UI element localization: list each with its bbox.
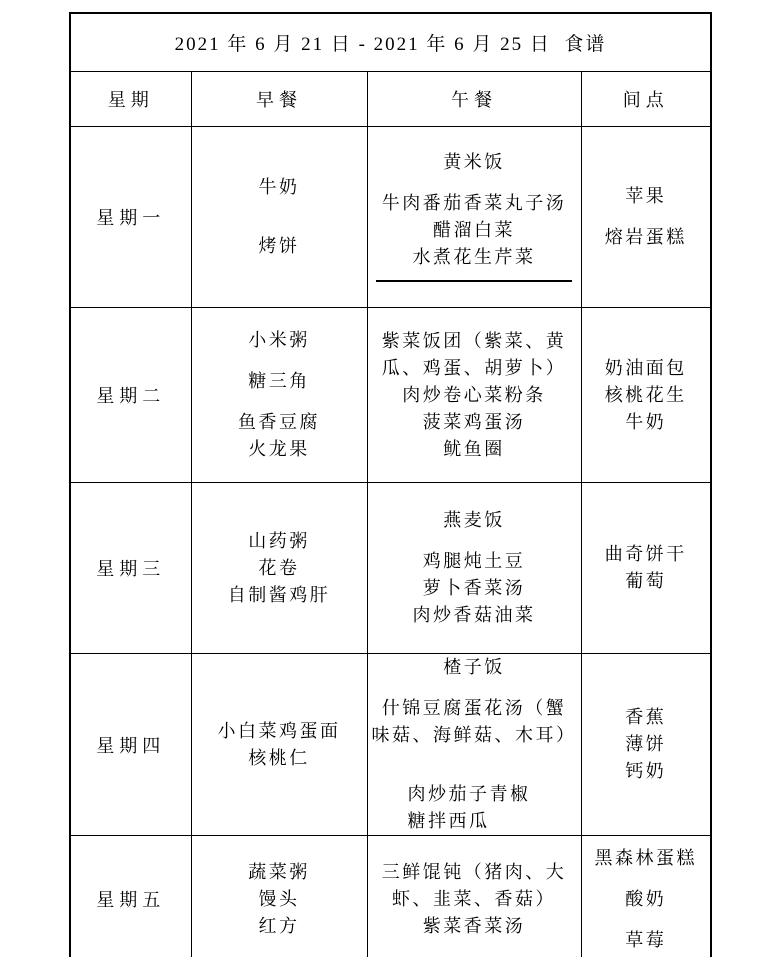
menu-document: 2021 年 6 月 21 日 - 2021 年 6 月 25 日 食谱 星期 … <box>0 0 772 957</box>
menu-item: 糖三角 <box>192 368 367 395</box>
breakfast-cell: 山药粥花卷自制酱鸡肝 <box>191 483 367 654</box>
menu-item: 钙奶 <box>582 758 711 785</box>
menu-item: 牛奶 <box>582 409 711 436</box>
menu-item: 葡萄 <box>582 568 711 595</box>
menu-item: 楂子饭 <box>368 654 581 681</box>
menu-item: 水煮花生芹菜 <box>368 244 581 271</box>
day-cell: 星期一 <box>70 127 191 308</box>
breakfast-cell: 蔬菜粥馒头红方 <box>191 836 367 957</box>
menu-item: 虾、韭菜、香菇） <box>368 886 581 913</box>
lunch-cell: 燕麦饭鸡腿炖土豆萝卜香菜汤肉炒香菇油菜 <box>367 483 581 654</box>
column-header-row: 星期 早餐 午餐 间点 <box>70 72 711 127</box>
snack-cell: 苹果熔岩蛋糕 <box>581 127 711 308</box>
underline-rule <box>376 271 572 282</box>
snack-cell: 曲奇饼干葡萄 <box>581 483 711 654</box>
column-header-day: 星期 <box>70 72 191 127</box>
menu-item: 鱿鱼圈 <box>368 436 581 463</box>
menu-item: 火龙果 <box>192 436 367 463</box>
menu-item: 烤饼 <box>192 233 367 260</box>
lunch-cell: 紫菜饭团（紫菜、黄瓜、鸡蛋、胡萝卜）肉炒卷心菜粉条菠菜鸡蛋汤鱿鱼圈 <box>367 308 581 483</box>
menu-item: 三鲜馄钝（猪肉、大 <box>368 859 581 886</box>
column-header-lunch: 午餐 <box>367 72 581 127</box>
snack-cell: 香蕉薄饼钙奶 <box>581 654 711 836</box>
menu-item: 牛奶 <box>192 174 367 201</box>
menu-table: 2021 年 6 月 21 日 - 2021 年 6 月 25 日 食谱 星期 … <box>69 12 712 957</box>
menu-item: 肉炒卷心菜粉条 <box>368 382 581 409</box>
table-row: 星期三山药粥花卷自制酱鸡肝燕麦饭鸡腿炖土豆萝卜香菜汤肉炒香菇油菜曲奇饼干葡萄 <box>70 483 711 654</box>
menu-item: 自制酱鸡肝 <box>192 582 367 609</box>
menu-item: 肉炒香菇油菜 <box>368 602 581 629</box>
day-cell: 星期二 <box>70 308 191 483</box>
menu-item: 什锦豆腐蛋花汤（蟹 <box>368 695 581 722</box>
menu-item: 紫菜香菜汤 <box>368 913 581 940</box>
snack-cell: 奶油面包核桃花生牛奶 <box>581 308 711 483</box>
breakfast-cell: 小白菜鸡蛋面核桃仁 <box>191 654 367 836</box>
menu-item: 酸奶 <box>582 886 711 913</box>
menu-item: 萝卜香菜汤 <box>368 575 581 602</box>
table-row: 星期一牛奶烤饼黄米饭牛肉番茄香菜丸子汤醋溜白菜水煮花生芹菜苹果熔岩蛋糕 <box>70 127 711 308</box>
menu-item: 糖拌西瓜 <box>368 808 581 835</box>
menu-item: 鱼香豆腐 <box>192 409 367 436</box>
menu-item: 鸡腿炖土豆 <box>368 548 581 575</box>
menu-item: 核桃仁 <box>192 745 367 772</box>
menu-item: 味菇、海鲜菇、木耳） <box>368 722 581 749</box>
menu-item: 馒头 <box>192 886 367 913</box>
table-row: 星期四小白菜鸡蛋面核桃仁楂子饭什锦豆腐蛋花汤（蟹味菇、海鲜菇、木耳）肉炒茄子青椒… <box>70 654 711 836</box>
menu-item: 黄米饭 <box>368 149 581 176</box>
menu-item: 小米粥 <box>192 327 367 354</box>
menu-item: 醋溜白菜 <box>368 217 581 244</box>
menu-item: 核桃花生 <box>582 382 711 409</box>
menu-item: 香蕉 <box>582 704 711 731</box>
menu-item: 熔岩蛋糕 <box>582 224 711 251</box>
day-cell: 星期三 <box>70 483 191 654</box>
lunch-cell: 楂子饭什锦豆腐蛋花汤（蟹味菇、海鲜菇、木耳）肉炒茄子青椒糖拌西瓜 <box>367 654 581 836</box>
breakfast-cell: 小米粥糖三角鱼香豆腐火龙果 <box>191 308 367 483</box>
day-cell: 星期四 <box>70 654 191 836</box>
title-row: 2021 年 6 月 21 日 - 2021 年 6 月 25 日 食谱 <box>70 13 711 72</box>
menu-item: 牛肉番茄香菜丸子汤 <box>368 190 581 217</box>
menu-item: 肉炒茄子青椒 <box>368 781 581 808</box>
document-title: 2021 年 6 月 21 日 - 2021 年 6 月 25 日 食谱 <box>70 13 711 72</box>
menu-item: 菠菜鸡蛋汤 <box>368 409 581 436</box>
menu-item: 苹果 <box>582 183 711 210</box>
table-row: 星期二小米粥糖三角鱼香豆腐火龙果紫菜饭团（紫菜、黄瓜、鸡蛋、胡萝卜）肉炒卷心菜粉… <box>70 308 711 483</box>
snack-cell: 黑森林蛋糕酸奶草莓 <box>581 836 711 957</box>
menu-item: 紫菜饭团（紫菜、黄 <box>368 328 581 355</box>
menu-table-body: 星期一牛奶烤饼黄米饭牛肉番茄香菜丸子汤醋溜白菜水煮花生芹菜苹果熔岩蛋糕星期二小米… <box>70 127 711 957</box>
menu-item: 奶油面包 <box>582 355 711 382</box>
column-header-snack: 间点 <box>581 72 711 127</box>
menu-item: 红方 <box>192 913 367 940</box>
menu-item: 曲奇饼干 <box>582 541 711 568</box>
menu-item: 草莓 <box>582 927 711 954</box>
menu-item: 花卷 <box>192 555 367 582</box>
breakfast-cell: 牛奶烤饼 <box>191 127 367 308</box>
menu-item: 黑森林蛋糕 <box>582 845 711 872</box>
day-cell: 星期五 <box>70 836 191 957</box>
column-header-breakfast: 早餐 <box>191 72 367 127</box>
menu-item: 小白菜鸡蛋面 <box>192 718 367 745</box>
menu-item: 山药粥 <box>192 528 367 555</box>
menu-item: 瓜、鸡蛋、胡萝卜） <box>368 355 581 382</box>
menu-item: 燕麦饭 <box>368 507 581 534</box>
menu-item: 蔬菜粥 <box>192 859 367 886</box>
lunch-cell: 三鲜馄钝（猪肉、大虾、韭菜、香菇）紫菜香菜汤 <box>367 836 581 957</box>
lunch-cell: 黄米饭牛肉番茄香菜丸子汤醋溜白菜水煮花生芹菜 <box>367 127 581 308</box>
menu-item: 薄饼 <box>582 731 711 758</box>
table-row: 星期五蔬菜粥馒头红方三鲜馄钝（猪肉、大虾、韭菜、香菇）紫菜香菜汤黑森林蛋糕酸奶草… <box>70 836 711 957</box>
